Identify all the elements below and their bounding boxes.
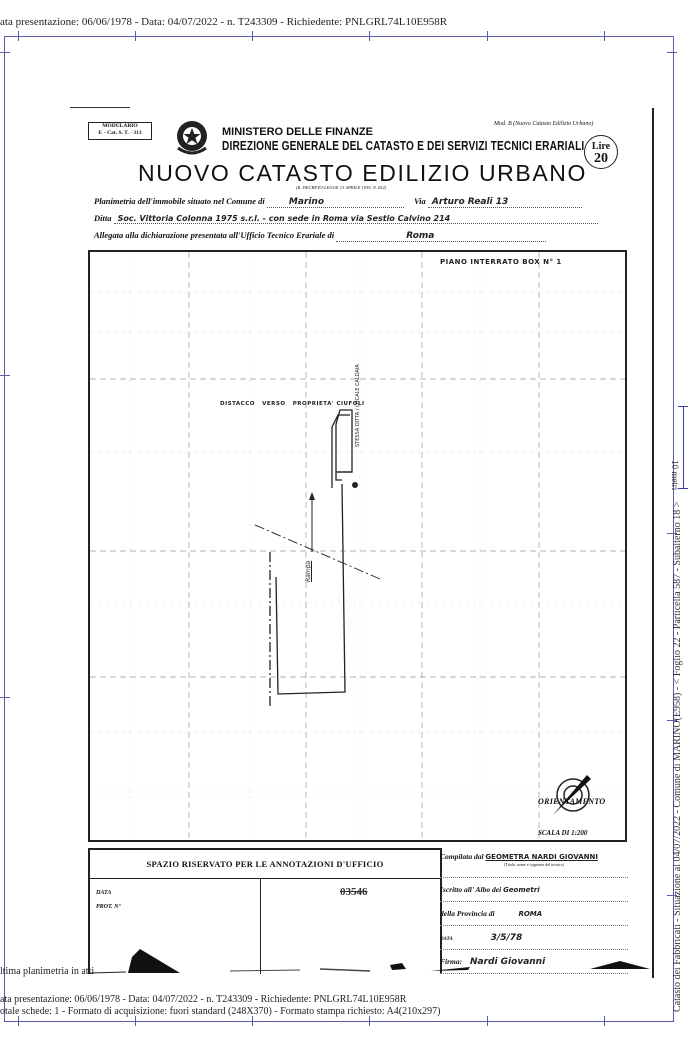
side-note-label: STESSA DITTA / LOCALE CALDAIA <box>355 364 361 447</box>
floor-plan-drawing: PIANO INTERRATO BOX N° 1 DISTACCO VERSO … <box>88 250 627 842</box>
frame-tick <box>18 31 19 41</box>
footer-presentation-line: ata presentazione: 06/06/1978 - Data: 04… <box>0 994 406 1005</box>
ministry-name: MINISTERO DELLE FINANZE <box>222 126 373 138</box>
blank-row <box>440 869 628 878</box>
planimetria-field: Planimetria dell'immobile situato nel Co… <box>94 196 582 208</box>
modulario-line: MODULARIO <box>89 123 151 130</box>
frame-tick <box>252 1016 253 1026</box>
comune-value: Marino <box>267 197 404 208</box>
compilata-value: GEOMETRA NARDI GIOVANNI <box>485 853 598 861</box>
frame-tick <box>135 31 136 41</box>
scan-artifacts <box>70 935 660 975</box>
cadastral-reference: Catasto dei Fabbricati - Situazione al 0… <box>672 502 683 1012</box>
planimetria-label: Planimetria dell'immobile situato nel Co… <box>94 196 265 206</box>
iscritto-label: Iscritto all' Albo dei <box>440 885 501 894</box>
italian-republic-emblem-icon <box>174 118 210 160</box>
ditta-value: Soc. Vittoria Colonna 1975 s.r.l. - con … <box>114 214 598 224</box>
compilata-row: Compilata dal GEOMETRA NARDI GIOVANNI <box>440 852 628 862</box>
scale-label: SCALA DI 1:200 <box>538 829 587 837</box>
via-label: Via <box>414 196 426 206</box>
distacco-label: DISTACCO VERSO PROPRIETA' CIUFOLI <box>220 401 365 407</box>
frame-tick <box>487 1016 488 1026</box>
scale-bar-tick <box>678 406 688 407</box>
iscritto-value: Geometri <box>503 886 540 894</box>
provincia-value: ROMA <box>518 910 542 918</box>
model-label: Mod. B (Nuovo Catasto Edilizio Urbano) <box>494 121 593 127</box>
frame-tick <box>667 52 677 53</box>
provincia-label: della Provincia di <box>440 909 495 918</box>
protocol-stamp-number: 03546 <box>340 886 368 898</box>
footer-format-line: otale schede: 1 - Formato di acquisizion… <box>0 1006 440 1017</box>
modulario-box: MODULARIO F. - Cat. S. T. - 313 <box>88 122 152 140</box>
annotations-prot-label: PROT. N° <box>96 904 121 910</box>
ramp-label: Rampa <box>305 561 312 582</box>
frame-tick <box>369 1016 370 1026</box>
frame-tick <box>487 31 488 41</box>
sheet-edge <box>70 107 130 108</box>
compilata-label: Compilata dal <box>440 852 484 861</box>
frame-tick <box>252 31 253 41</box>
frame-tick <box>0 52 10 53</box>
decree-reference: (R. DECRETO-LEGGE 13 APRILE 1939, N. 652… <box>296 185 386 190</box>
scale-bar-label: 10 metri <box>670 460 680 490</box>
scale-bar <box>683 406 684 488</box>
last-plan-note: ltima planimetria in atti <box>0 966 94 977</box>
frame-tick <box>369 31 370 41</box>
form-title: NUOVO CATASTO EDILIZIO URBANO <box>138 160 587 187</box>
frame-tick <box>0 697 10 698</box>
sheet-edge <box>652 108 654 978</box>
floor-label: PIANO INTERRATO BOX N° 1 <box>440 258 562 266</box>
via-value: Arturo Reali 13 <box>428 197 582 208</box>
frame-tick <box>604 1016 605 1026</box>
direzione-generale: DIREZIONE GENERALE DEL CATASTO E DEI SER… <box>222 138 584 153</box>
compilata-caption: (Titolo, nome e cognome del tecnico) <box>440 862 628 867</box>
frame-tick <box>0 375 10 376</box>
frame-tick <box>18 1016 19 1026</box>
annotations-title: SPAZIO RISERVATO PER LE ANNOTAZIONI D'UF… <box>90 850 440 879</box>
iscritto-row: Iscritto all' Albo dei Geometri <box>440 885 628 902</box>
lire-value: 20 <box>585 153 617 165</box>
allegata-field: Allegata alla dichiarazione presentata a… <box>94 230 546 242</box>
orientation-label: ORIENTAMENTO <box>538 797 605 806</box>
frame-tick <box>135 1016 136 1026</box>
ditta-field: Ditta Soc. Vittoria Colonna 1975 s.r.l. … <box>94 213 598 224</box>
document-header-line: ata presentazione: 06/06/1978 - Data: 04… <box>0 16 447 28</box>
allegata-label: Allegata alla dichiarazione presentata a… <box>94 230 334 240</box>
modulario-line: F. - Cat. S. T. - 313 <box>89 130 151 137</box>
annotations-data-label: DATA <box>96 890 111 896</box>
ditta-label: Ditta <box>94 213 111 223</box>
ufficio-value: Roma <box>336 231 546 242</box>
stamp-value-badge: Lire 20 <box>584 135 618 169</box>
frame-tick <box>604 31 605 41</box>
provincia-row: della Provincia di ROMA <box>440 909 628 926</box>
